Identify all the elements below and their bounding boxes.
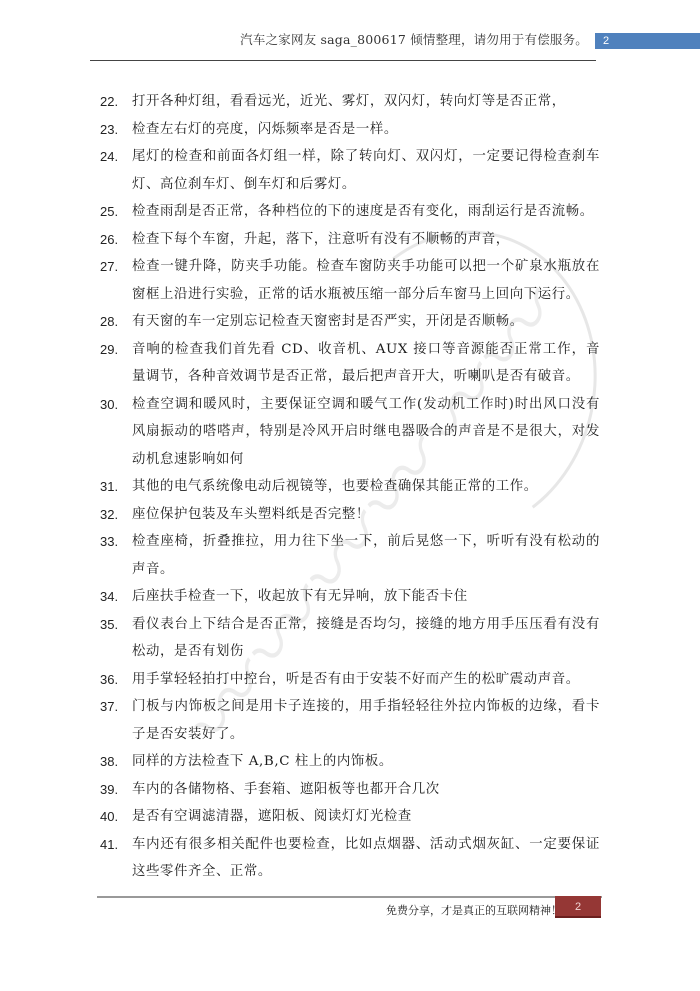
list-item: 41.车内还有很多相关配件也要检查，比如点烟器、活动式烟灰缸、一定要保证这些零件…: [100, 831, 600, 886]
item-text: 有天窗的车一定别忘记检查天窗密封是否严实，开闭是否顺畅。: [132, 308, 600, 336]
list-item: 31.其他的电气系统像电动后视镜等，也要检查确保其能正常的工作。: [100, 473, 600, 501]
footer-divider: [97, 896, 602, 898]
item-number: 41.: [100, 831, 132, 886]
list-item: 39.车内的各储物格、手套箱、遮阳板等也都开合几次: [100, 776, 600, 804]
item-number: 32.: [100, 501, 132, 529]
list-item: 29.音响的检查我们首先看 CD、收音机、AUX 接口等音源能否正常工作，音量调…: [100, 336, 600, 391]
item-text: 座位保护包装及车头塑料纸是否完整！: [132, 501, 600, 529]
item-text: 打开各种灯组，看看远光，近光、雾灯，双闪灯，转向灯等是否正常，: [132, 88, 600, 116]
item-number: 27.: [100, 253, 132, 308]
item-number: 35.: [100, 611, 132, 666]
item-number: 29.: [100, 336, 132, 391]
item-text: 检查左右灯的亮度，闪烁频率是否是一样。: [132, 116, 600, 144]
item-number: 33.: [100, 528, 132, 583]
item-text: 用手掌轻轻拍打中控台，听是否有由于安装不好而产生的松旷震动声音。: [132, 666, 600, 694]
item-number: 37.: [100, 693, 132, 748]
item-text: 后座扶手检查一下，收起放下有无异响，放下能否卡住: [132, 583, 600, 611]
item-text: 同样的方法检查下 A,B,C 柱上的内饰板。: [132, 748, 600, 776]
page-header: 汽车之家网友 saga_800617 倾情整理，请勿用于有偿服务。 2: [0, 0, 700, 70]
checklist: 22.打开各种灯组，看看远光，近光、雾灯，双闪灯，转向灯等是否正常， 23.检查…: [100, 88, 600, 886]
item-number: 34.: [100, 583, 132, 611]
item-number: 25.: [100, 198, 132, 226]
list-item: 24.尾灯的检查和前面各灯组一样，除了转向灯、双闪灯，一定要记得检查刹车灯、高位…: [100, 143, 600, 198]
list-item: 25.检查雨刮是否正常，各种档位的下的速度是否有变化，雨刮运行是否流畅。: [100, 198, 600, 226]
item-text: 检查座椅，折叠推拉，用力往下坐一下，前后晃悠一下，听听有没有松动的声音。: [132, 528, 600, 583]
item-text: 看仪表台上下结合是否正常，接缝是否均匀，接缝的地方用手压压看有没有松动，是否有划…: [132, 611, 600, 666]
item-text: 检查雨刮是否正常，各种档位的下的速度是否有变化，雨刮运行是否流畅。: [132, 198, 600, 226]
item-text: 检查一键升降，防夹手功能。检查车窗防夹手功能可以把一个矿泉水瓶放在窗框上沿进行实…: [132, 253, 600, 308]
footer-page-number: 2: [555, 896, 601, 918]
item-text: 尾灯的检查和前面各灯组一样，除了转向灯、双闪灯，一定要记得检查刹车灯、高位刹车灯…: [132, 143, 600, 198]
list-item: 36.用手掌轻轻拍打中控台，听是否有由于安装不好而产生的松旷震动声音。: [100, 666, 600, 694]
header-divider: [90, 60, 596, 61]
item-number: 40.: [100, 803, 132, 831]
item-text: 车内还有很多相关配件也要检查，比如点烟器、活动式烟灰缸、一定要保证这些零件齐全、…: [132, 831, 600, 886]
list-item: 40.是否有空调滤清器，遮阳板、阅读灯灯光检查: [100, 803, 600, 831]
item-number: 24.: [100, 143, 132, 198]
list-item: 26.检查下每个车窗，升起，落下，注意听有没有不顺畅的声音，: [100, 226, 600, 254]
header-text: 汽车之家网友 saga_800617 倾情整理，请勿用于有偿服务。: [240, 30, 588, 48]
item-number: 28.: [100, 308, 132, 336]
list-item: 27.检查一键升降，防夹手功能。检查车窗防夹手功能可以把一个矿泉水瓶放在窗框上沿…: [100, 253, 600, 308]
item-text: 其他的电气系统像电动后视镜等，也要检查确保其能正常的工作。: [132, 473, 600, 501]
list-item: 37.门板与内饰板之间是用卡子连接的，用手指轻轻往外拉内饰板的边缘，看卡子是否安…: [100, 693, 600, 748]
list-item: 22.打开各种灯组，看看远光，近光、雾灯，双闪灯，转向灯等是否正常，: [100, 88, 600, 116]
list-item: 23.检查左右灯的亮度，闪烁频率是否是一样。: [100, 116, 600, 144]
list-item: 35.看仪表台上下结合是否正常，接缝是否均匀，接缝的地方用手压压看有没有松动，是…: [100, 611, 600, 666]
list-item: 32.座位保护包装及车头塑料纸是否完整！: [100, 501, 600, 529]
item-number: 30.: [100, 391, 132, 474]
item-text: 门板与内饰板之间是用卡子连接的，用手指轻轻往外拉内饰板的边缘，看卡子是否安装好了…: [132, 693, 600, 748]
list-item: 38.同样的方法检查下 A,B,C 柱上的内饰板。: [100, 748, 600, 776]
item-text: 车内的各储物格、手套箱、遮阳板等也都开合几次: [132, 776, 600, 804]
item-text: 检查空调和暖风时，主要保证空调和暖气工作(发动机工作时)时出风口没有风扇振动的嗒…: [132, 391, 600, 474]
header-page-number: 2: [595, 33, 700, 49]
list-item: 28.有天窗的车一定别忘记检查天窗密封是否严实，开闭是否顺畅。: [100, 308, 600, 336]
item-text: 音响的检查我们首先看 CD、收音机、AUX 接口等音源能否正常工作，音量调节，各…: [132, 336, 600, 391]
item-number: 26.: [100, 226, 132, 254]
item-number: 36.: [100, 666, 132, 694]
item-number: 31.: [100, 473, 132, 501]
item-number: 22.: [100, 88, 132, 116]
item-number: 38.: [100, 748, 132, 776]
list-item: 30.检查空调和暖风时，主要保证空调和暖气工作(发动机工作时)时出风口没有风扇振…: [100, 391, 600, 474]
item-number: 39.: [100, 776, 132, 804]
item-number: 23.: [100, 116, 132, 144]
item-text: 是否有空调滤清器，遮阳板、阅读灯灯光检查: [132, 803, 600, 831]
footer-text: 免费分享，才是真正的互联网精神！: [386, 902, 562, 918]
item-text: 检查下每个车窗，升起，落下，注意听有没有不顺畅的声音，: [132, 226, 600, 254]
list-item: 33.检查座椅，折叠推拉，用力往下坐一下，前后晃悠一下，听听有没有松动的声音。: [100, 528, 600, 583]
list-item: 34.后座扶手检查一下，收起放下有无异响，放下能否卡住: [100, 583, 600, 611]
